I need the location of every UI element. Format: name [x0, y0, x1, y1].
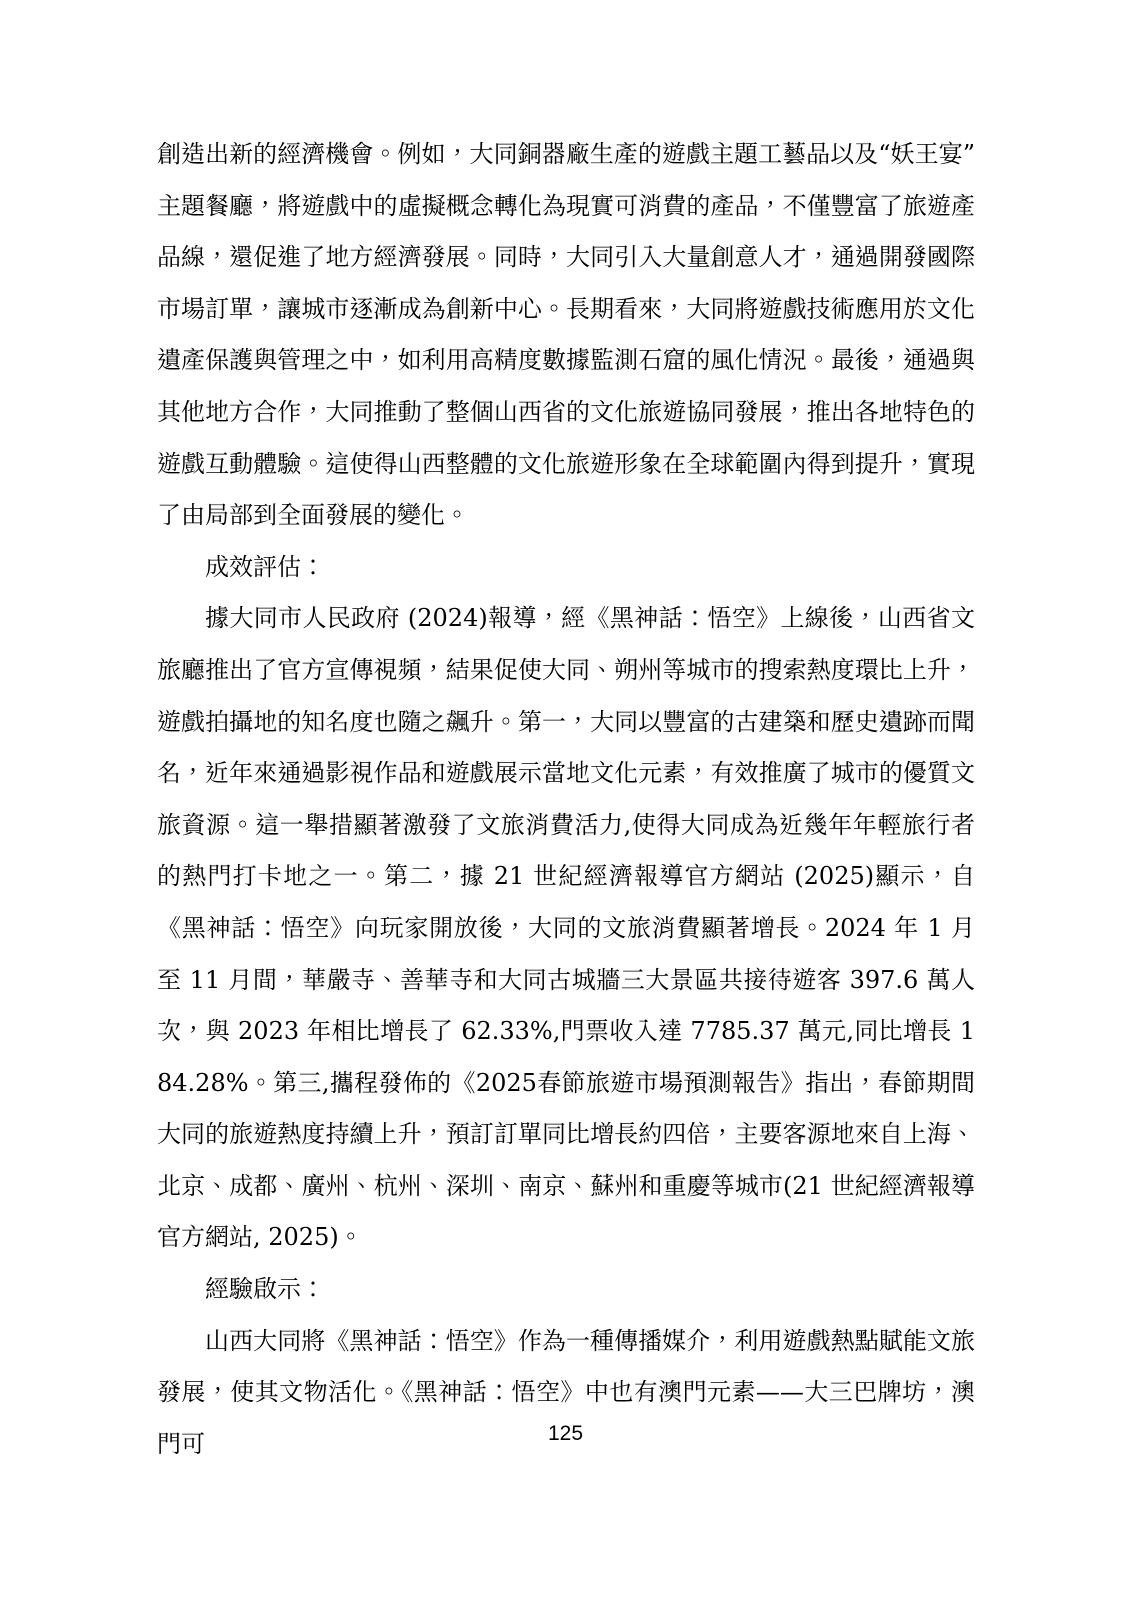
page-body-text: 創造出新的經濟機會。例如，大同銅器廠生產的遊戲主題工藝品以及“妖王宴”主題餐廳，…	[157, 129, 975, 1470]
section-heading-effect-evaluation: 成效評估：	[157, 542, 975, 594]
section-heading-experience-lessons: 經驗啟示：	[157, 1264, 975, 1316]
paragraph-lessons-details: 山西大同將《黑神話：悟空》作為一種傳播媒介，利用遊戲熱點賦能文旅發展，使其文物活…	[157, 1316, 975, 1471]
page-footer: 125	[0, 1422, 1131, 1446]
page-number: 125	[548, 1422, 583, 1445]
document-page: 創造出新的經濟機會。例如，大同銅器廠生產的遊戲主題工藝品以及“妖王宴”主題餐廳，…	[0, 0, 1131, 1600]
paragraph-economic-opportunity: 創造出新的經濟機會。例如，大同銅器廠生產的遊戲主題工藝品以及“妖王宴”主題餐廳，…	[157, 129, 975, 542]
paragraph-evaluation-details: 據大同市人民政府 (2024)報導，經《黑神話：悟空》上線後，山西省文旅廳推出了…	[157, 593, 975, 1264]
